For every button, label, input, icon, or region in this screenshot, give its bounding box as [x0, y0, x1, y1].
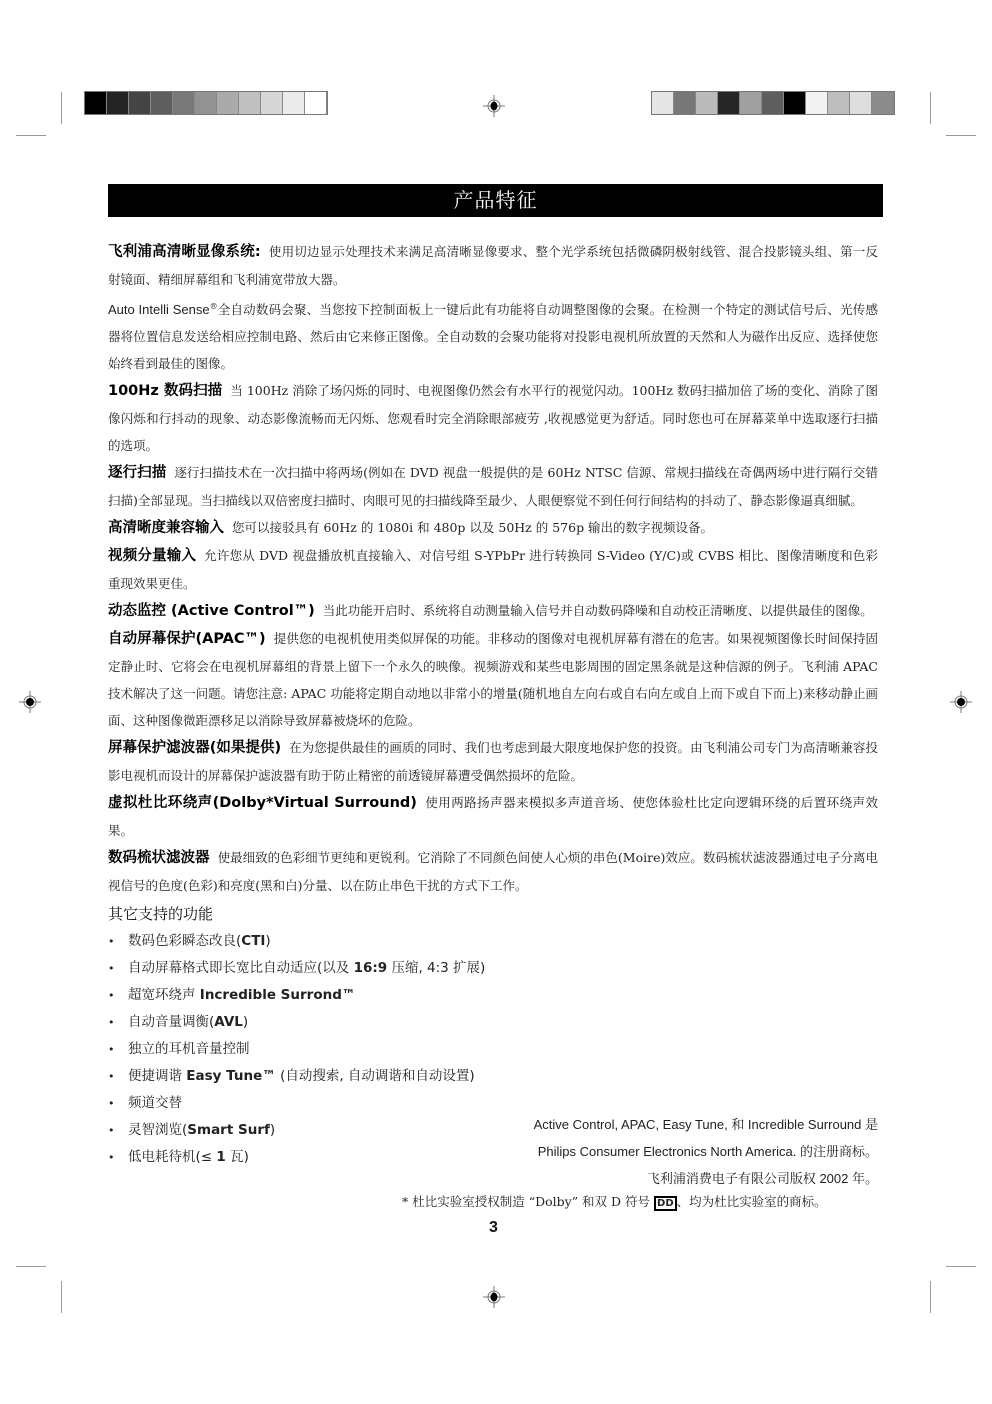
dolby-note-text: 、均为杜比实验室的商标。: [677, 1194, 827, 1209]
feature-list-item: 便捷调谐 Easy Tune™ (自动搜索, 自动调谐和自动设置): [108, 1063, 878, 1090]
crop-mark: [16, 1266, 46, 1267]
color-swatch: [652, 92, 674, 114]
color-swatch: [217, 92, 239, 114]
trademark-notes: Active Control, APAC, Easy Tune, 和 Incre…: [534, 1111, 878, 1192]
feature-item-term: AVL: [214, 1014, 243, 1030]
feature-item-term: Smart Surf: [187, 1122, 270, 1138]
feature-paragraph: 高清晰度兼容输入您可以接驳具有 60Hz 的 1080i 和 480p 以及 5…: [108, 514, 878, 542]
feature-heading: 高清晰度兼容输入: [108, 520, 224, 536]
feature-list-item: 数码色彩瞬态改良(CTI): [108, 928, 878, 955]
color-swatch: [850, 92, 872, 114]
feature-list-item: 独立的耳机音量控制: [108, 1036, 878, 1063]
feature-item-text: 低电耗待机(≤: [128, 1149, 216, 1165]
registration-mark-icon: [19, 691, 41, 713]
feature-heading: 数码梳状滤波器: [108, 850, 210, 866]
feature-item-tail: ): [265, 933, 270, 949]
feature-paragraph: Auto Intelli Sense®全自动数码会聚、当您按下控制面板上一键后此…: [108, 293, 878, 377]
feature-item-tail: 压缩, 4:3 扩展): [387, 960, 485, 976]
feature-heading: 飞利浦高清晰显像系统:: [108, 244, 261, 260]
feature-item-tail: (自动搜索, 自动调谐和自动设置): [276, 1068, 475, 1084]
registration-mark-icon: [483, 95, 505, 117]
color-swatch: [762, 92, 784, 114]
color-swatch: [173, 92, 195, 114]
feature-item-text: 便捷调谐: [128, 1068, 186, 1084]
feature-body: 全自动数码会聚、当您按下控制面板上一键后此有功能将自动调整图像的会聚。在检测一个…: [108, 302, 878, 371]
crop-mark: [946, 1266, 976, 1267]
color-swatch: [828, 92, 850, 114]
feature-item-term: Easy Tune™: [186, 1068, 275, 1084]
color-swatch: [261, 92, 283, 114]
color-swatch: [872, 92, 894, 114]
page-number: 3: [489, 1219, 498, 1237]
feature-paragraph: 数码梳状滤波器使最细致的色彩细节更纯和更锐利。它消除了不同颜色间使人心烦的串色(…: [108, 844, 878, 899]
feature-item-text: 超宽环绕声: [128, 987, 200, 1003]
feature-item-text: 独立的耳机音量控制: [128, 1041, 250, 1057]
feature-item-term: 16:9: [354, 960, 388, 976]
trademark-line: Active Control, APAC, Easy Tune, 和 Incre…: [534, 1111, 878, 1138]
feature-item-text: 数码色彩瞬态改良(: [128, 933, 241, 949]
color-swatch: [107, 92, 129, 114]
crop-mark: [930, 92, 931, 124]
registration-mark-icon: [483, 1286, 505, 1308]
other-features-title: 其它支持的功能: [108, 901, 878, 928]
crop-mark: [16, 135, 46, 136]
color-swatch: [195, 92, 217, 114]
feature-paragraph: 飞利浦高清晰显像系统:使用切边显示处理技术来满足高清晰显像要求、整个光学系统包括…: [108, 238, 878, 293]
color-swatch: [696, 92, 718, 114]
feature-body: 当 100Hz 消除了场闪烁的同时、电视图像仍然会有水平行的视觉闪动。100Hz…: [108, 383, 878, 453]
feature-heading: 屏幕保护滤波器(如果提供): [108, 740, 281, 756]
feature-item-tail: ): [270, 1122, 275, 1138]
grayscale-strip-right: [651, 91, 895, 115]
crop-mark: [61, 92, 62, 124]
feature-content: 飞利浦高清晰显像系统:使用切边显示处理技术来满足高清晰显像要求、整个光学系统包括…: [108, 238, 878, 1171]
feature-item-tail: ): [243, 1014, 248, 1030]
color-swatch: [151, 92, 173, 114]
feature-paragraph: 视频分量输入允许您从 DVD 视盘播放机直接输入、对信号组 S-YPbPr 进行…: [108, 542, 878, 597]
registration-mark-icon: [950, 691, 972, 713]
color-swatch: [740, 92, 762, 114]
color-swatch: [718, 92, 740, 114]
copyright-line: 飞利浦消费电子有限公司版权 2002 年。: [534, 1165, 878, 1192]
dolby-note: * 杜比实验室授权制造 “Dolby” 和双 D 符号 DD、均为杜比实验室的商…: [402, 1192, 827, 1211]
crop-mark: [930, 1281, 931, 1313]
feature-body: 允许您从 DVD 视盘播放机直接输入、对信号组 S-YPbPr 进行转换同 S-…: [108, 548, 878, 591]
feature-item-text: 自动屏幕格式即长宽比自动适应(以及: [128, 960, 354, 976]
feature-item-text: 自动音量调衡(: [128, 1014, 214, 1030]
feature-paragraph: 100Hz 数码扫描当 100Hz 消除了场闪烁的同时、电视图像仍然会有水平行的…: [108, 377, 878, 459]
feature-lead: Auto Intelli Sense: [108, 302, 210, 317]
feature-paragraph: 自动屏幕保护(APAC™)提供您的电视机使用类似屏保的功能。非移动的图像对电视机…: [108, 625, 878, 734]
feature-list-item: 自动音量调衡(AVL): [108, 1009, 878, 1036]
feature-heading: 100Hz 数码扫描: [108, 383, 222, 399]
feature-paragraph: 屏幕保护滤波器(如果提供)在为您提供最佳的画质的同时、我们也考虑到最大限度地保护…: [108, 734, 878, 789]
feature-body: 您可以接驳具有 60Hz 的 1080i 和 480p 以及 50Hz 的 57…: [232, 520, 713, 535]
feature-heading: 动态监控 (Active Control™): [108, 603, 315, 619]
feature-paragraph: 虚拟杜比环绕声(Dolby*Virtual Surround)使用两路扬声器来模…: [108, 789, 878, 844]
page-title: 产品特征: [108, 184, 883, 217]
feature-list-item: 自动屏幕格式即长宽比自动适应(以及 16:9 压缩, 4:3 扩展): [108, 955, 878, 982]
trademark-line: Philips Consumer Electronics North Ameri…: [534, 1138, 878, 1165]
dolby-dd-icon: DD: [654, 1196, 677, 1211]
feature-heading: 逐行扫描: [108, 465, 166, 481]
feature-item-text: 频道交替: [128, 1095, 182, 1111]
crop-mark: [61, 1281, 62, 1313]
registered-mark: ®: [210, 302, 218, 311]
color-swatch: [239, 92, 261, 114]
color-swatch: [305, 92, 327, 114]
feature-item-term: CTI: [241, 933, 265, 949]
color-swatch: [129, 92, 151, 114]
feature-list-item: 超宽环绕声 Incredible Surrond™: [108, 982, 878, 1009]
color-swatch: [784, 92, 806, 114]
grayscale-strip-left: [84, 91, 328, 115]
color-swatch: [674, 92, 696, 114]
feature-heading: 虚拟杜比环绕声(Dolby*Virtual Surround): [108, 795, 417, 811]
feature-body: 当此功能开启时、系统将自动测量输入信号并自动数码降噪和自动校正清晰度、以提供最佳…: [323, 603, 873, 618]
feature-heading: 自动屏幕保护(APAC™): [108, 631, 266, 647]
feature-heading: 视频分量输入: [108, 548, 196, 564]
color-swatch: [85, 92, 107, 114]
feature-paragraph: 动态监控 (Active Control™)当此功能开启时、系统将自动测量输入信…: [108, 597, 878, 625]
feature-item-term: Incredible Surrond™: [200, 987, 356, 1003]
feature-paragraph: 逐行扫描逐行扫描技术在一次扫描中将两场(例如在 DVD 视盘一般提供的是 60H…: [108, 459, 878, 514]
color-swatch: [283, 92, 305, 114]
color-swatch: [806, 92, 828, 114]
feature-item-text: 灵智浏览(: [128, 1122, 187, 1138]
dolby-note-text: * 杜比实验室授权制造 “Dolby” 和双 D 符号: [402, 1194, 654, 1209]
feature-item-tail: 瓦): [226, 1149, 249, 1165]
crop-mark: [946, 135, 976, 136]
feature-body: 逐行扫描技术在一次扫描中将两场(例如在 DVD 视盘一般提供的是 60Hz NT…: [108, 465, 878, 508]
feature-body: 使最细致的色彩细节更纯和更锐利。它消除了不同颜色间使人心烦的串色(Moire)效…: [108, 850, 878, 893]
feature-item-term: 1: [216, 1149, 225, 1165]
